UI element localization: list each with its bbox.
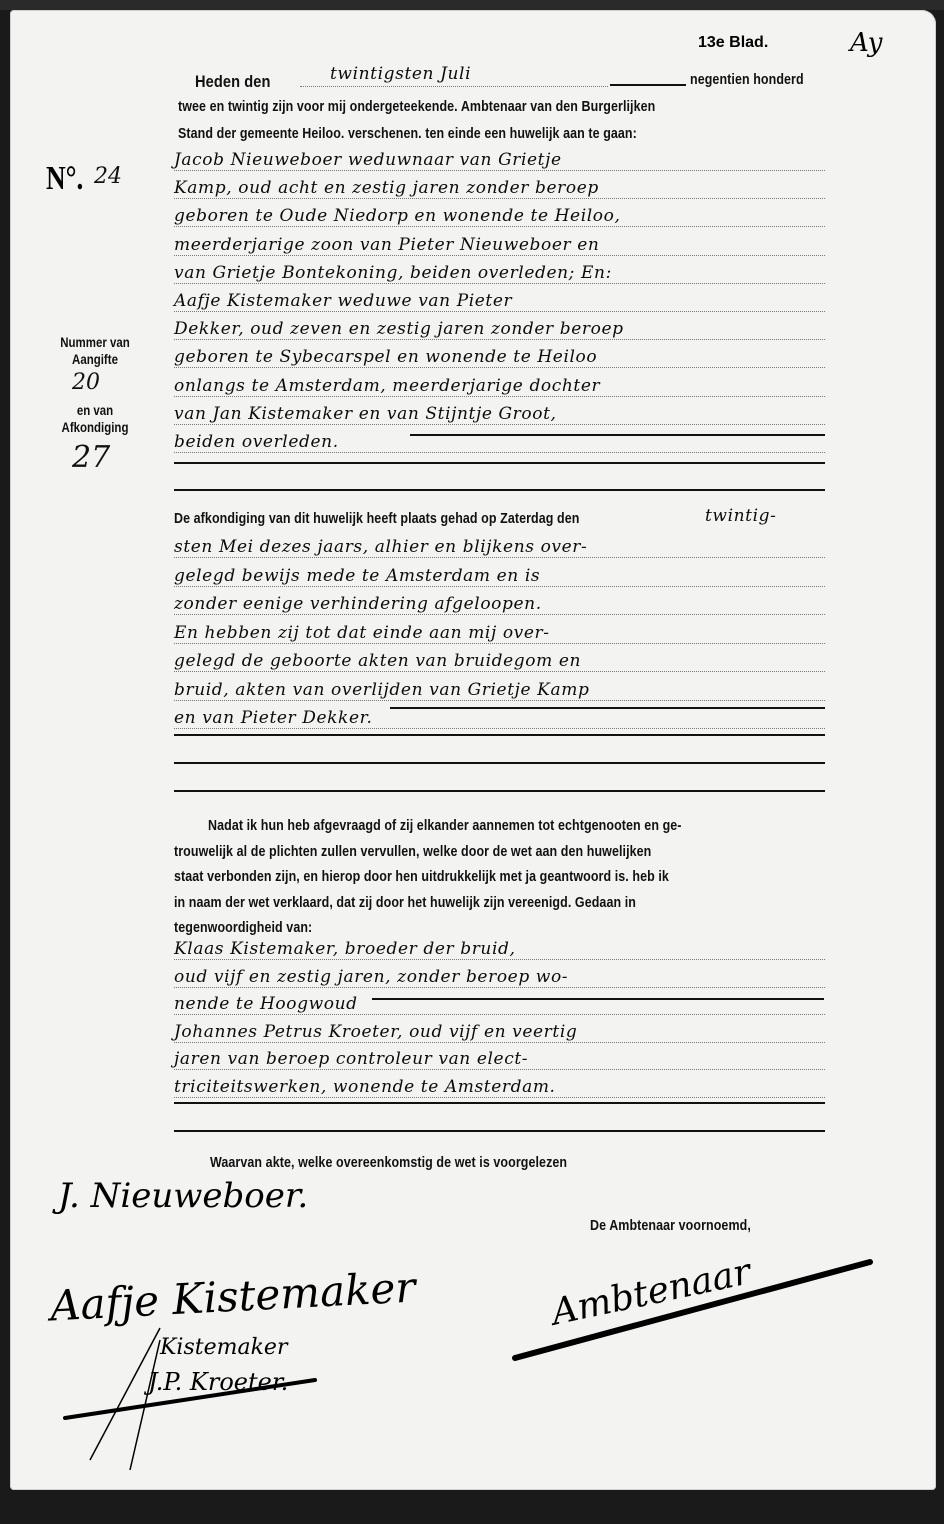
marriage-record-page: 13e Blad. Ay Heden den twintigsten Juli …: [10, 10, 936, 1490]
signature-strokes: [10, 10, 936, 1490]
scan-edge: [0, 0, 944, 10]
